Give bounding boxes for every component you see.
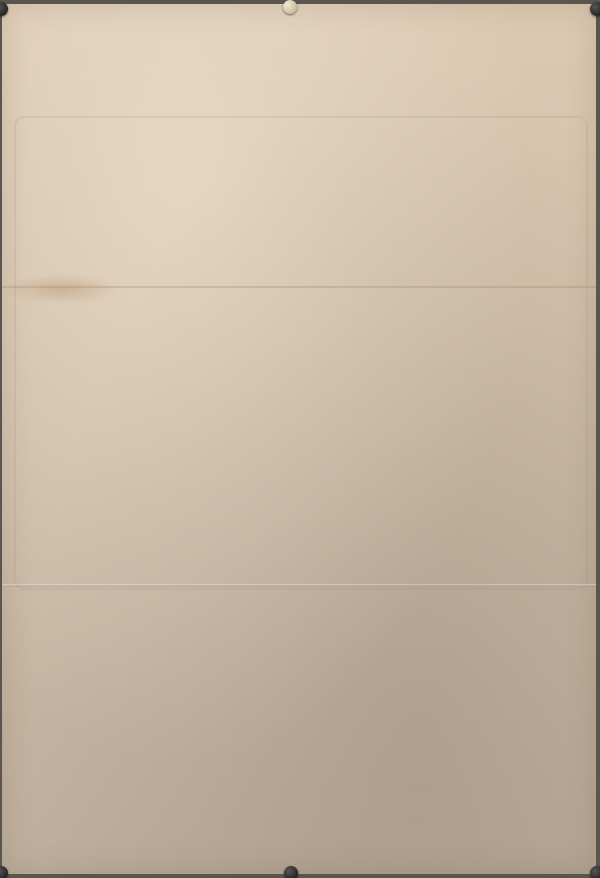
- pushpin-bottom-center: [284, 866, 298, 878]
- poster-back: [2, 4, 596, 874]
- pushpin-bottom-right: [590, 866, 600, 878]
- bleed-through-frame: [14, 116, 588, 590]
- horizontal-fold: [2, 584, 596, 587]
- pushpin-top-right: [590, 2, 600, 16]
- pushpin-top-center: [283, 0, 297, 14]
- water-stain: [2, 274, 122, 304]
